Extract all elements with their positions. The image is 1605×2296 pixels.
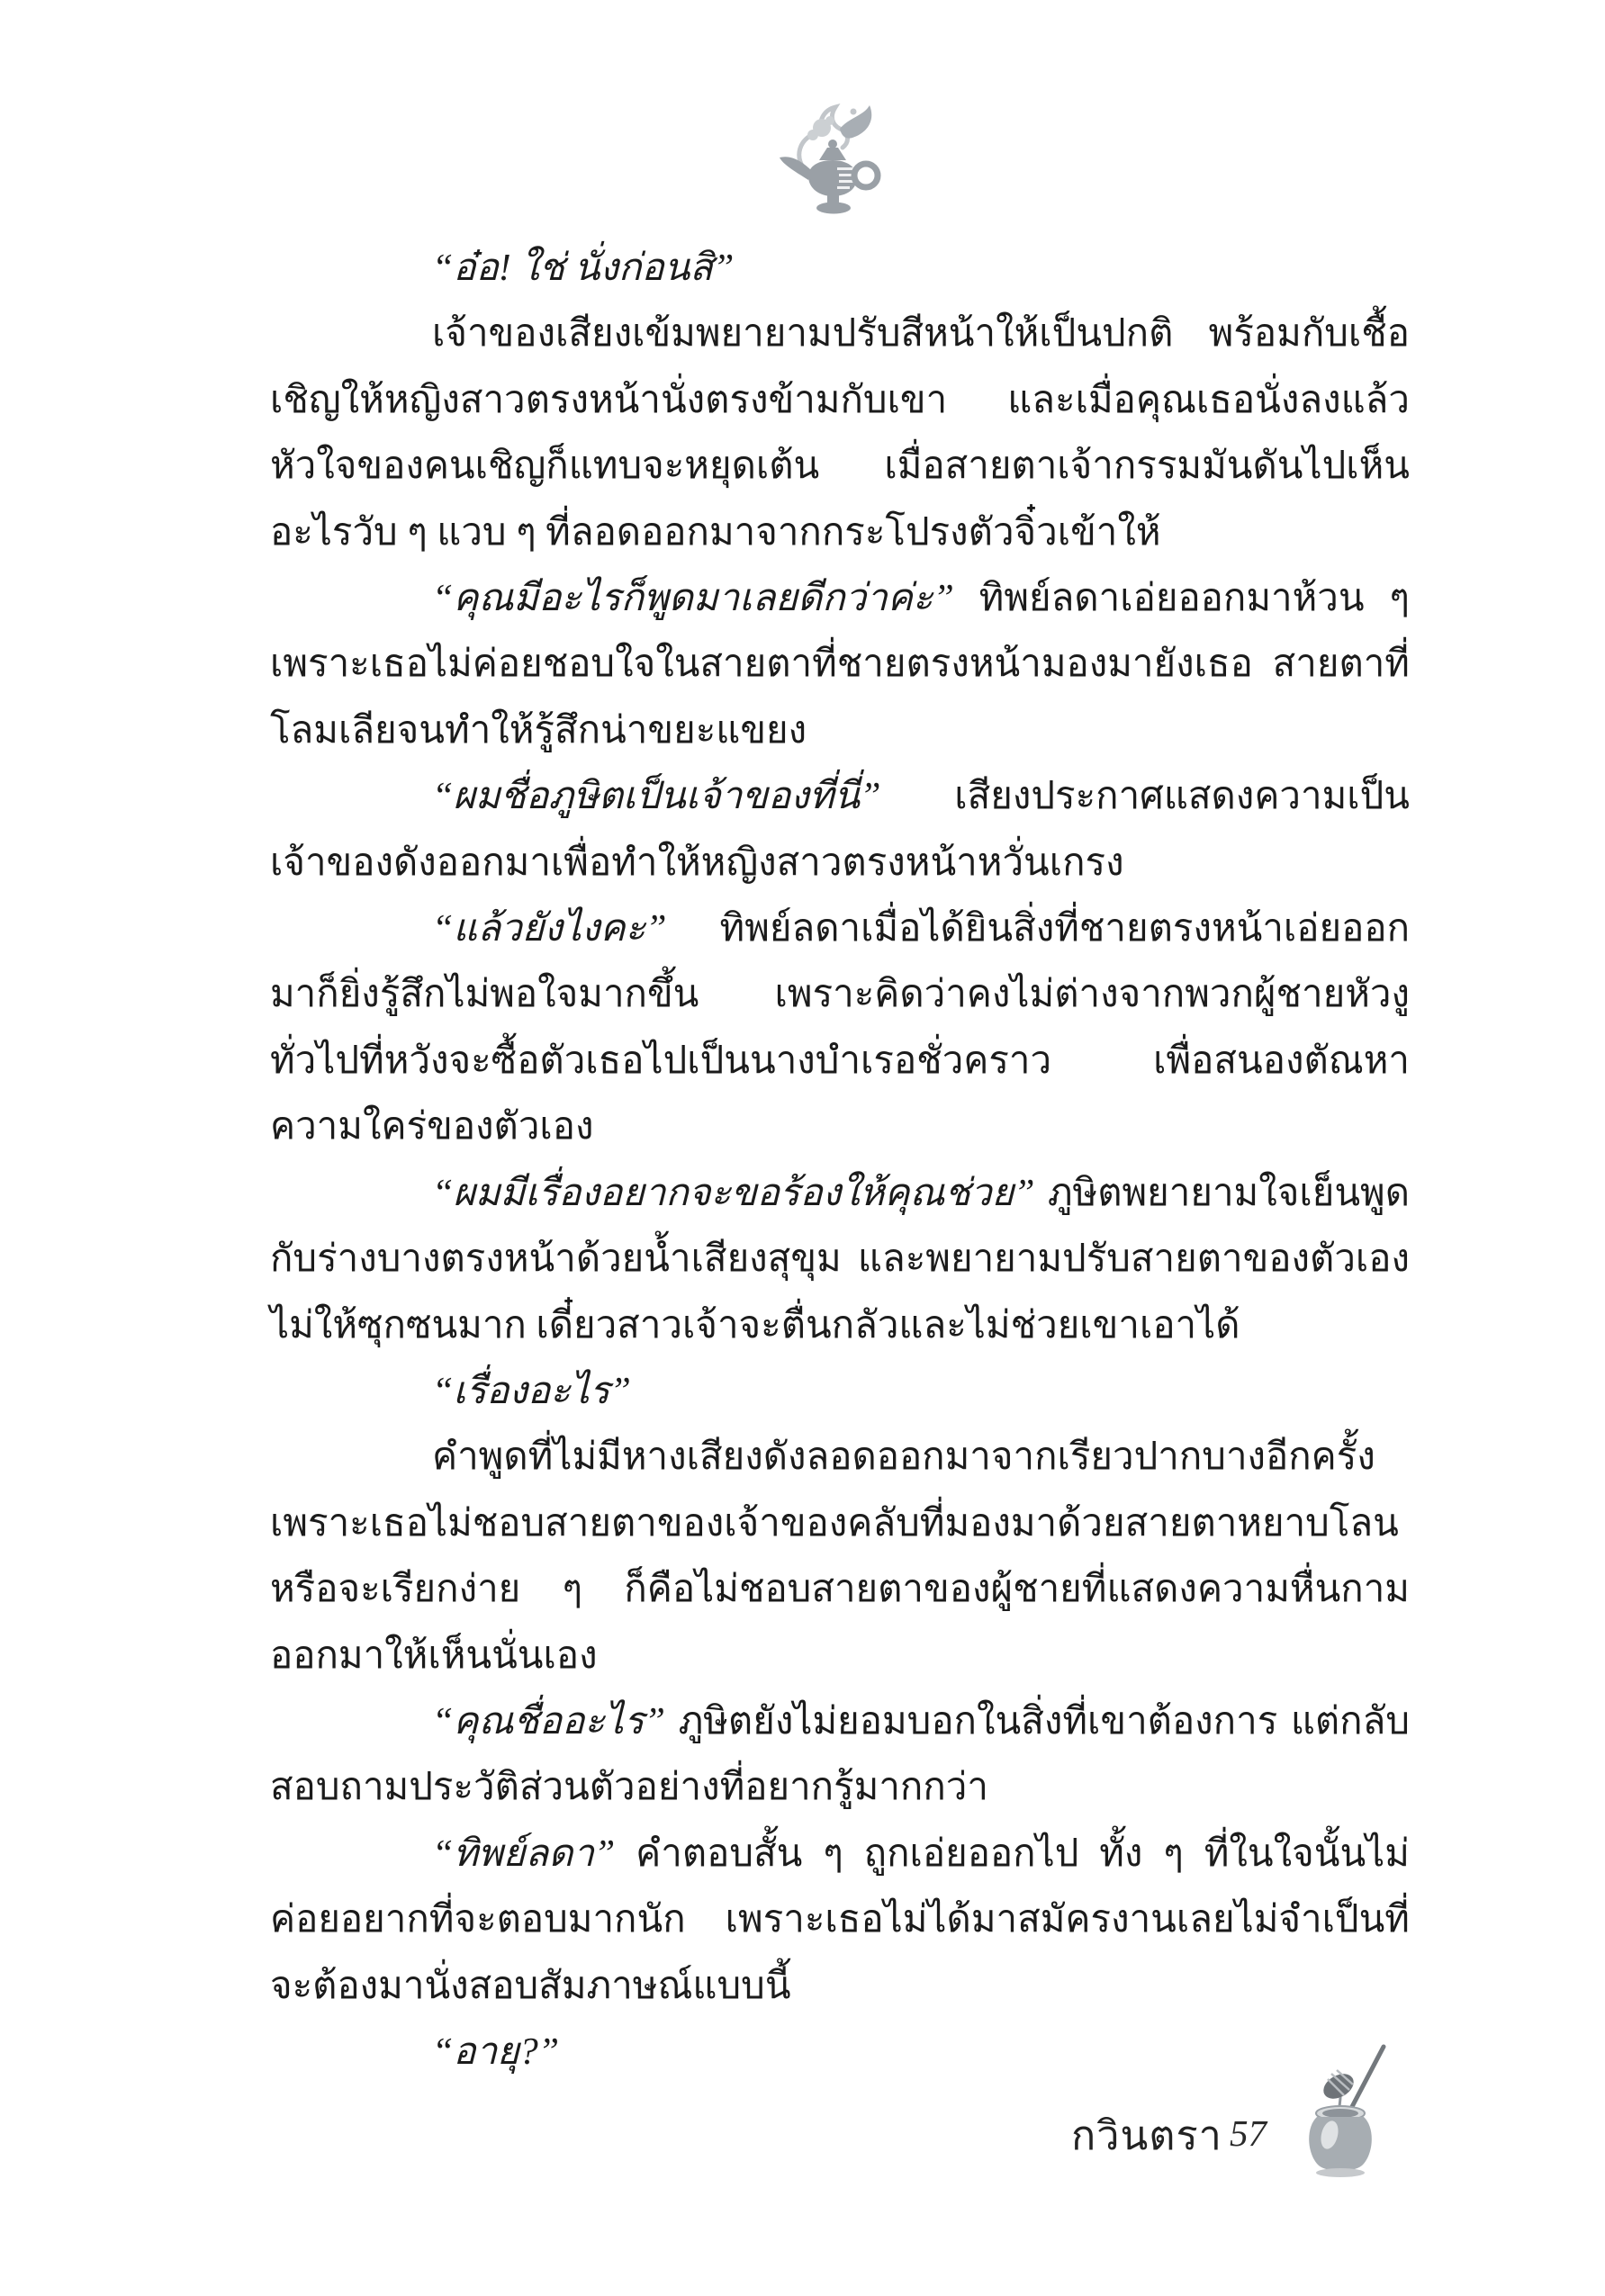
narration-text: เจ้าของเสียงเข้มพยายามปรับสีหน้าให้เป็นป… xyxy=(270,313,1410,553)
dialogue-text: “ทิพย์ลดา” xyxy=(432,1833,615,1875)
paragraph: “เรื่องอะไร” xyxy=(270,1359,1410,1425)
page-number: 57 xyxy=(1230,2111,1267,2155)
paragraph: “ผมมีเรื่องอยากจะขอร้องให้คุณช่วย” ภูษิต… xyxy=(270,1161,1410,1359)
paragraph: “แล้วยังไงคะ” ทิพย์ลดาเมื่อได้ยินสิ่งที่… xyxy=(270,896,1410,1161)
paragraph: “คุณมีอะไรก็พูดมาเลยดีกว่าค่ะ” ทิพย์ลดาเ… xyxy=(270,566,1410,764)
dialogue-text: “อ๋อ! ใช่ นั่งก่อนสิ” xyxy=(432,248,734,289)
dialogue-text: “ผมชื่อภูษิตเป็นเจ้าของที่นี่” xyxy=(432,776,881,817)
dialogue-text: “เรื่องอะไร” xyxy=(432,1371,631,1412)
dialogue-text: “คุณชื่ออะไร” xyxy=(432,1701,665,1742)
paragraph: “ทิพย์ลดา” คำตอบสั้น ๆ ถูกเอ่ยออกไป ทั้ง… xyxy=(270,1822,1410,2020)
dialogue-text: “คุณมีอะไรก็พูดมาเลยดีกว่าค่ะ” xyxy=(432,578,954,619)
book-page: “อ๋อ! ใช่ นั่งก่อนสิ”เจ้าของเสียงเข้มพยา… xyxy=(0,0,1605,2296)
narration-text: คำพูดที่ไม่มีหางเสียงดังลอดออกมาจากเรียว… xyxy=(270,1436,1410,1676)
paragraph: คำพูดที่ไม่มีหางเสียงดังลอดออกมาจากเรียว… xyxy=(270,1425,1410,1689)
dialogue-text: “อายุ?” xyxy=(432,2031,559,2073)
paragraph: “อ๋อ! ใช่ นั่งก่อนสิ” xyxy=(270,236,1410,302)
paragraph: เจ้าของเสียงเข้มพยายามปรับสีหน้าให้เป็นป… xyxy=(270,302,1410,566)
body-text: “อ๋อ! ใช่ นั่งก่อนสิ”เจ้าของเสียงเข้มพยา… xyxy=(270,236,1410,2085)
paragraph: “คุณชื่ออะไร” ภูษิตยังไม่ยอมบอกในสิ่งที่… xyxy=(270,1689,1410,1822)
dialogue-text: “แล้วยังไงคะ” xyxy=(432,908,667,950)
book-title: กวินตรา xyxy=(1071,2102,1222,2167)
teapot-steam-ornament-icon xyxy=(776,101,897,227)
paragraph: “อายุ?” xyxy=(270,2020,1410,2085)
dialogue-text: “ผมมีเรื่องอยากจะขอร้องให้คุณช่วย” xyxy=(432,1173,1035,1214)
paragraph: “ผมชื่อภูษิตเป็นเจ้าของที่นี่” เสียงประก… xyxy=(270,764,1410,896)
